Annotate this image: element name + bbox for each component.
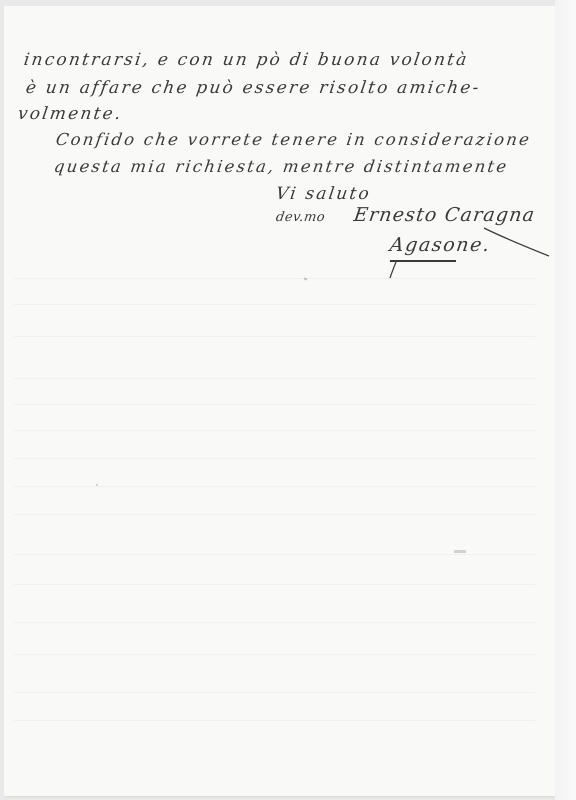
letter-page: incontrarsi, e con un pò di buona volont…: [4, 6, 555, 796]
scan-margin: [555, 0, 576, 800]
signature-flourish: [4, 6, 555, 306]
